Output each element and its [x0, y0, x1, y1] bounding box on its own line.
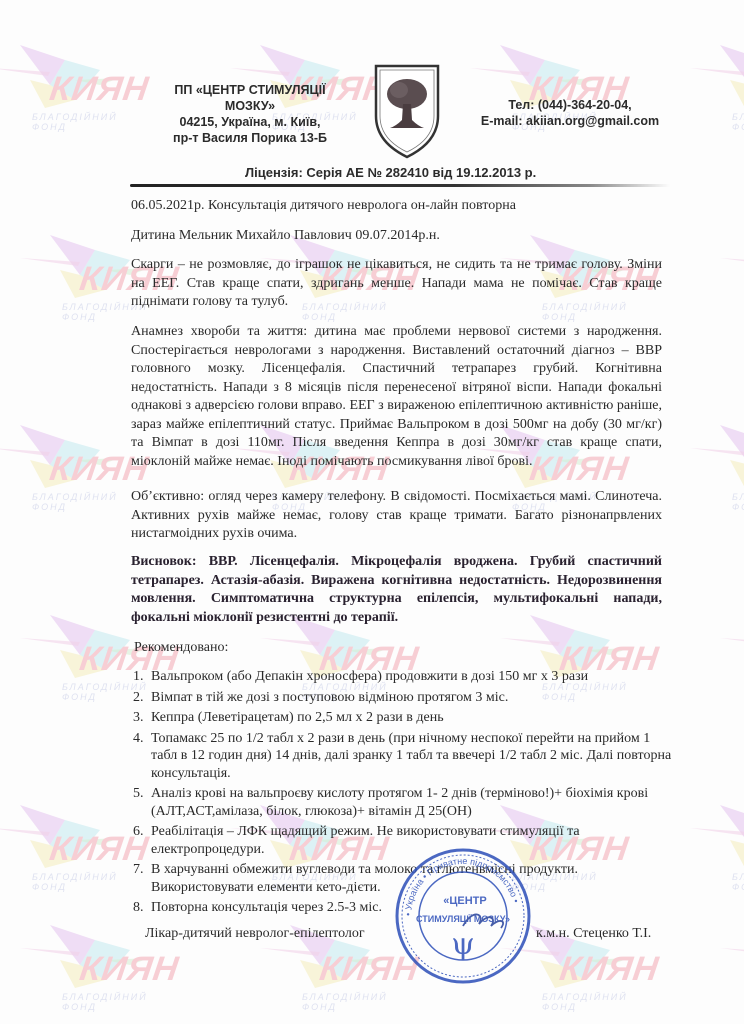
contacts-block: Тел: (044)-364-20-04, E-mail: akiian.org… — [450, 97, 690, 129]
complaints-paragraph: Скарги – не розмовляє, до іграшок не цік… — [131, 256, 662, 312]
recommendation-number: 5. — [133, 785, 151, 803]
recommendation-text: Вальпроком (або Депакін хроносфера) прод… — [151, 669, 588, 684]
org-address-line2: пр-т Василя Порика 13-Б — [150, 130, 350, 146]
stamp-center-line1: «ЦЕНТР — [443, 895, 487, 907]
recommendation-number: 3. — [133, 709, 151, 727]
recommendation-item: 3.Кеппра (Леветірацетам) по 2,5 мл х 2 р… — [131, 709, 676, 727]
consultation-title: 06.05.2021р. Консультація дитячого невро… — [131, 198, 516, 214]
license-line: Ліцензія: Серія АЕ № 282410 від 19.12.20… — [245, 165, 665, 180]
objective-paragraph: Об’єктивно: огляд через камеру телефону.… — [131, 488, 662, 544]
header-divider — [130, 184, 670, 187]
recommendation-item: 4.Топамакс 25 по 1/2 табл х 2 рази в ден… — [131, 730, 676, 783]
recommendation-number: 4. — [133, 730, 151, 748]
tree-shield-icon — [372, 62, 442, 160]
org-name: ПП «ЦЕНТР СТИМУЛЯЦІЇ МОЗКУ» — [150, 82, 350, 114]
anamnesis-paragraph: Анамнез хвороби та життя: дитина має про… — [131, 323, 662, 471]
recommendation-number: 8. — [133, 899, 151, 917]
recommendation-number: 2. — [133, 689, 151, 707]
psi-icon: ψ — [451, 927, 475, 962]
recommendation-number: 6. — [133, 823, 151, 841]
recommendation-text: Топамакс 25 по 1/2 табл х 2 рази в день … — [151, 731, 671, 781]
recommendation-text: Вімпат в тій же дозі з поступовою відмін… — [151, 690, 508, 705]
patient-line: Дитина Мельник Михайло Павлович 09.07.20… — [131, 228, 440, 244]
org-address-line1: 04215, Україна, м. Київ, — [150, 114, 350, 130]
conclusion-paragraph: Висновок: ВВР. Лісенцефалія. Мікроцефалі… — [131, 553, 662, 627]
email: E-mail: akiian.org@gmail.com — [450, 113, 690, 129]
recommendation-text: Кеппра (Леветірацетам) по 2,5 мл х 2 раз… — [151, 710, 444, 725]
recommendation-text: Аналіз крові на вальпроєву кислоту протя… — [151, 786, 648, 819]
recommendation-item: 1.Вальпроком (або Депакін хроносфера) пр… — [131, 668, 676, 686]
phone: Тел: (044)-364-20-04, — [450, 97, 690, 113]
recommended-label: Рекомендовано: — [134, 640, 228, 656]
recommendation-number: 1. — [133, 668, 151, 686]
round-stamp-icon: • Україна • Приватне підприємство • «ЦЕН… — [393, 846, 533, 986]
signature-name: к.м.н. Стеценко Т.І. — [536, 926, 651, 942]
recommendation-item: 2.Вімпат в тій же дозі з поступовою відм… — [131, 689, 676, 707]
organization-block: ПП «ЦЕНТР СТИМУЛЯЦІЇ МОЗКУ» 04215, Украї… — [150, 82, 350, 146]
document-page: ПП «ЦЕНТР СТИМУЛЯЦІЇ МОЗКУ» 04215, Украї… — [0, 0, 744, 1024]
recommendation-number: 7. — [133, 861, 151, 879]
recommendation-item: 5.Аналіз крові на вальпроєву кислоту про… — [131, 785, 676, 820]
signature-role: Лікар-дитячий невролог-епілептолог — [145, 926, 365, 942]
recommendation-text: Повторна консультація через 2.5-3 міс. — [151, 900, 382, 915]
